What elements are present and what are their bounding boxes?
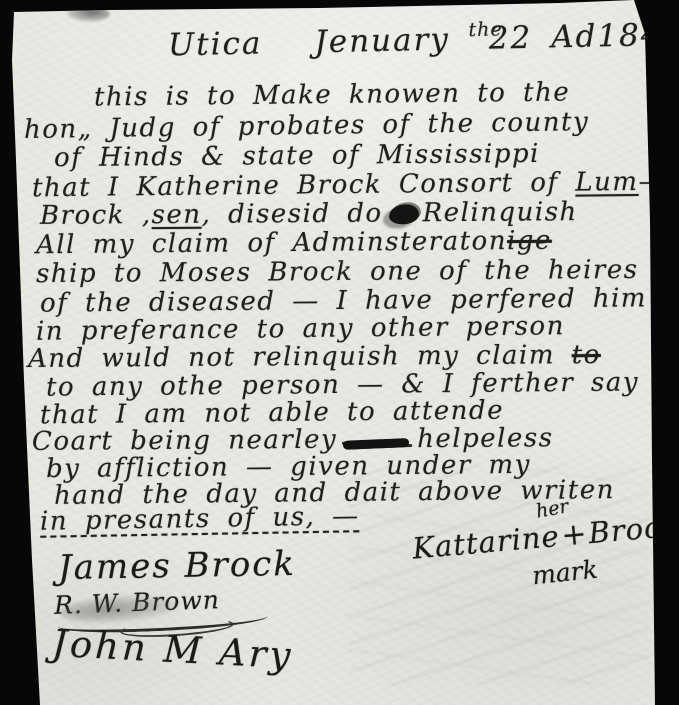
line6-text-c: Relinquish: [423, 197, 578, 228]
line6-text-a: Brock ,: [40, 200, 152, 231]
line5-underlined-word: Lum: [575, 167, 638, 198]
handwritten-line-2: this is to Make knowen to the: [94, 78, 570, 113]
line6-underlined-word: sen: [151, 200, 201, 230]
dateline-gap: [263, 52, 315, 53]
dateline-place: Utica: [168, 25, 263, 63]
line7-struck-word: ige: [507, 226, 552, 256]
signature-witness-3: John M Ary: [51, 622, 294, 678]
dateline-era: Ad: [551, 18, 598, 55]
ink-bleedthrough: [349, 465, 649, 685]
signature-witness-1: James Brock: [58, 544, 297, 588]
ink-blot: [389, 204, 419, 224]
dateline: UticaJenuary the22 Ad1844: [168, 17, 679, 64]
line6-text-b: , disesid do: [201, 198, 382, 229]
ink-smudge-top: [66, 6, 110, 22]
dateline-month: Jenuary: [314, 22, 450, 61]
line11-struck-word: to: [572, 340, 601, 370]
document-paper: UticaJenuary the22 Ad1844 this is to Mak…: [0, 0, 679, 705]
scratched-out-word: [343, 438, 409, 450]
scan-background: { "colors": { "background": "#070707", "…: [0, 0, 679, 705]
line5-dash: —: [638, 167, 666, 197]
dateline-year: 1844: [597, 17, 679, 55]
line7-text: All my claim of Adminsteraton: [36, 226, 507, 260]
dateline-ordinal: the: [468, 18, 503, 41]
handwritten-line-17: in presants of us, —: [40, 501, 360, 537]
